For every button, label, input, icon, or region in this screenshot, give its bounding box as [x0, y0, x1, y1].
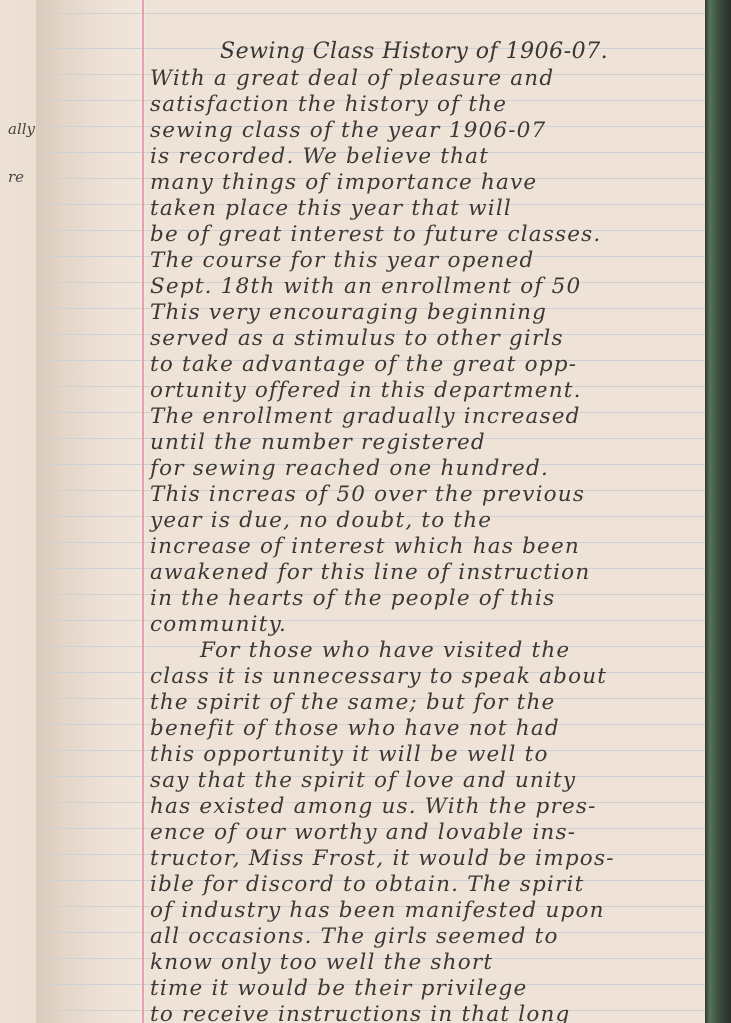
- text-line: This increas of 50 over the previous: [150, 482, 710, 508]
- text-line: is recorded. We believe that: [150, 144, 710, 170]
- text-line: The enrollment gradually increased: [150, 404, 710, 430]
- text-line: this opportunity it will be well to: [150, 742, 710, 768]
- text-line: ence of our worthy and lovable ins-: [150, 820, 710, 846]
- text-line: to receive instructions in that long: [150, 1002, 710, 1023]
- text-line: all occasions. The girls seemed to: [150, 924, 710, 950]
- text-line: say that the spirit of love and unity: [150, 768, 710, 794]
- text-line: tructor, Miss Frost, it would be impos-: [150, 846, 710, 872]
- text-lines: With a great deal of pleasure andsatisfa…: [150, 66, 710, 1023]
- text-line: benefit of those who have not had: [150, 716, 710, 742]
- text-line: many things of importance have: [150, 170, 710, 196]
- margin-line: [142, 0, 144, 1023]
- text-line: of industry has been manifested upon: [150, 898, 710, 924]
- left-page-fragment: re: [8, 168, 24, 186]
- text-line: to take advantage of the great opp-: [150, 352, 710, 378]
- text-line: ible for discord to obtain. The spirit: [150, 872, 710, 898]
- text-line: sewing class of the year 1906-07: [150, 118, 710, 144]
- text-line: satisfaction the history of the: [150, 92, 710, 118]
- text-line: With a great deal of pleasure and: [150, 66, 710, 92]
- text-line: year is due, no doubt, to the: [150, 508, 710, 534]
- text-line: time it would be their privilege: [150, 976, 710, 1002]
- book-cover-edge: [705, 0, 731, 1023]
- previous-page-edge: ally re: [0, 0, 40, 1023]
- text-line: awakened for this line of instruction: [150, 560, 710, 586]
- text-line: community.: [150, 612, 710, 638]
- text-line: the spirit of the same; but for the: [150, 690, 710, 716]
- text-line: Sept. 18th with an enrollment of 50: [150, 274, 710, 300]
- text-line: ortunity offered in this department.: [150, 378, 710, 404]
- text-line: be of great interest to future classes.: [150, 222, 710, 248]
- text-line: in the hearts of the people of this: [150, 586, 710, 612]
- text-line: for sewing reached one hundred.: [150, 456, 710, 482]
- text-line: has existed among us. With the pres-: [150, 794, 710, 820]
- text-line: know only too well the short: [150, 950, 710, 976]
- text-line: For those who have visited the: [150, 638, 710, 664]
- text-line: until the number registered: [150, 430, 710, 456]
- text-line: served as a stimulus to other girls: [150, 326, 710, 352]
- handwritten-text: Sewing Class History of 1906-07. With a …: [150, 38, 710, 1023]
- left-page-fragment: ally: [8, 120, 35, 138]
- text-line: The course for this year opened: [150, 248, 710, 274]
- text-line: class it is unnecessary to speak about: [150, 664, 710, 690]
- text-line: increase of interest which has been: [150, 534, 710, 560]
- page-title: Sewing Class History of 1906-07.: [220, 38, 710, 66]
- text-line: This very encouraging beginning: [150, 300, 710, 326]
- text-line: taken place this year that will: [150, 196, 710, 222]
